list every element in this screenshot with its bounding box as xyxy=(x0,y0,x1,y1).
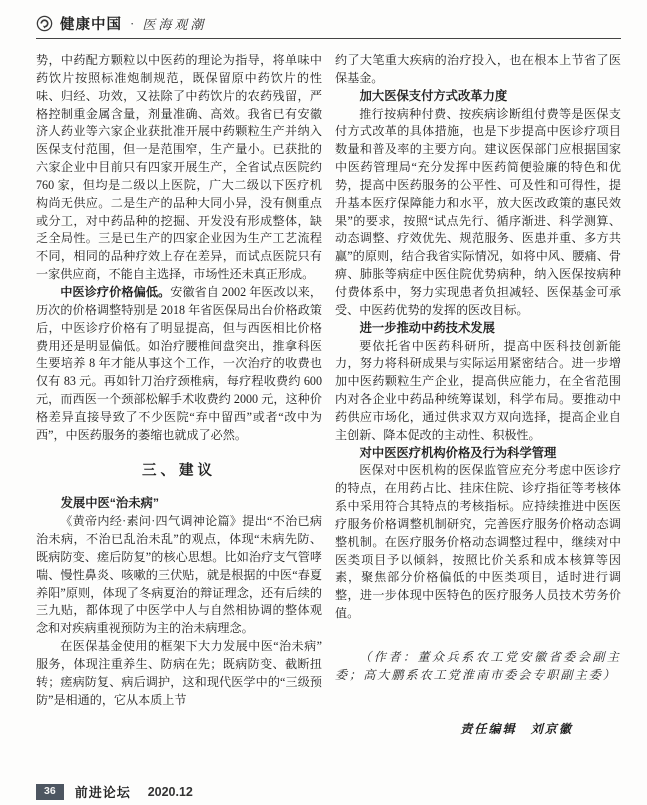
article-body: 势，中药配方颗粒以中医药的理论为指导，将单味中药饮片按照标准炮制规范，既保留原中… xyxy=(36,52,621,739)
paragraph-continuation: 势，中药配方颗粒以中医药的理论为指导，将单味中药饮片按照标准炮制规范，既保留原中… xyxy=(36,52,322,284)
title-separator-dot: · xyxy=(130,16,134,32)
right-column: 约了大笔重大疾病的治疗投入，也在根本上节省了医保基金。 加大医保支付方式改革力度… xyxy=(335,52,621,739)
column-section-title: 医海观潮 xyxy=(142,14,206,33)
section-heading-suggestions: 三、建议 xyxy=(36,463,322,481)
subsection-heading-treat-future-disease: 发展中医“治未病” xyxy=(36,495,322,513)
subsection-heading-tcm-technology: 进一步推动中药技术发展 xyxy=(335,320,621,338)
page-number-badge: 36 xyxy=(36,784,64,800)
page-header: 健康中国 · 医海观潮 xyxy=(36,13,621,39)
magazine-page: 健康中国 · 医海观潮 势，中药配方颗粒以中医药的理论为指导，将单味中药饮片按照… xyxy=(0,0,647,805)
left-column: 势，中药配方颗粒以中医药的理论为指导，将单味中药饮片按照标准炮制规范，既保留原中… xyxy=(36,52,322,739)
subsection-heading-payment-reform: 加大医保支付方式改革力度 xyxy=(335,88,621,106)
paragraph-classic-theory: 《黄帝内经·素问·四气调神论篇》提出“不治已病治未病，不治已乱治未乱”的观点，体… xyxy=(36,513,322,638)
journal-title: 前进论坛 xyxy=(75,782,131,801)
author-note: （作者：董众兵系农工党安徽省委会副主委；高大鹏系农工党淮南市委会专职副主委） xyxy=(335,649,621,685)
circled-arrow-icon xyxy=(36,15,53,32)
paragraph-continuation-right: 约了大笔重大疾病的治疗投入，也在根本上节省了医保基金。 xyxy=(335,52,621,88)
header-rule xyxy=(36,38,621,39)
paragraph-scientific-management: 医保对中医机构的医保监管应充分考虑中医诊疗的特点，在用药占比、挂床住院、诊疗指征… xyxy=(335,462,621,623)
issue-number: 2020.12 xyxy=(148,785,193,799)
paragraph-tcm-technology: 要依托省中医药科研所，提高中医科技创新能力，努力将科研成果与实际运用紧密结合。进… xyxy=(335,338,621,445)
page-footer: 36 前进论坛 2020.12 xyxy=(36,782,193,801)
paragraph-price-low: 中医诊疗价格偏低。安徽省自 2002 年医改以来，历次的价格调整特别是 2018… xyxy=(36,284,322,445)
editor-label: 责任编辑 xyxy=(460,722,516,736)
column-brand-title: 健康中国 xyxy=(60,13,122,34)
editor-credit: 责任编辑刘京徽 xyxy=(335,721,621,739)
paragraph-text: 安徽省自 2002 年医改以来，历次的价格调整特别是 2018 年省医保局出台价… xyxy=(36,285,322,442)
paragraph-payment-reform: 推行按病种付费、按疾病诊断组付费等是医保支付方式改革的具体措施，也是下步提高中医… xyxy=(335,106,621,320)
paragraph-medical-fund: 在医保基金使用的框架下大力发展中医“治未病”服务，体现注重养生、防病在先；既病防… xyxy=(36,638,322,709)
editor-name: 刘京徽 xyxy=(531,722,573,736)
subsection-heading-scientific-management: 对中医医疗机构价格及行为科学管理 xyxy=(335,445,621,463)
runin-subheading: 中医诊疗价格偏低。 xyxy=(60,285,170,299)
